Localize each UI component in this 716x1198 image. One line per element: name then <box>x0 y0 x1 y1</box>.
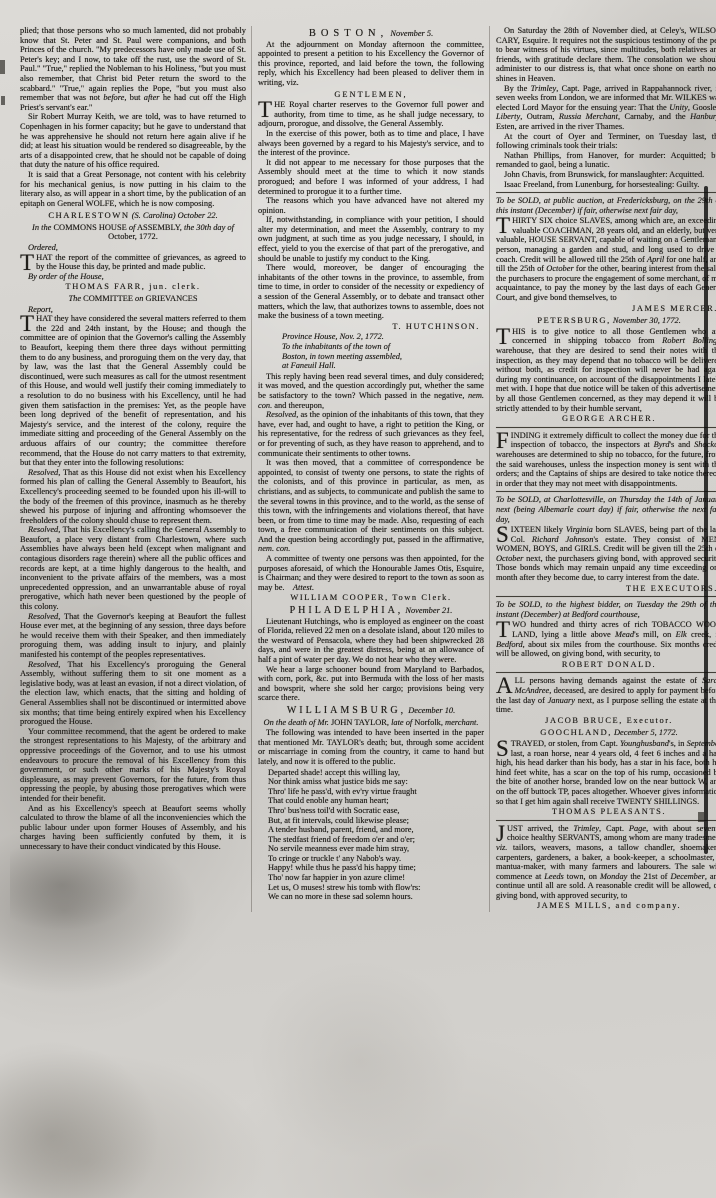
advert-paragraph: STRAYED, or stolen, from Capt. Younghusb… <box>496 739 716 806</box>
resolution-paragraph: Resolved, That his Excellency's prorogui… <box>20 660 246 727</box>
advert-paragraph: SIXTEEN likely Virginia born SLAVES, bei… <box>496 525 716 583</box>
elegy-heading: On the death of Mr. JOHN TAYLOR, late of… <box>258 718 484 728</box>
poem-line: To the inhabitants of the town of <box>282 342 484 352</box>
poem-line: That could enoble any human heart; <box>268 796 484 806</box>
signature: JAMES MERCER. <box>496 304 716 314</box>
drop-cap: T <box>20 253 36 272</box>
poem-line: A tender husband, parent, friend, and mo… <box>268 825 484 835</box>
drop-cap: T <box>20 314 36 333</box>
signature: THE EXECUTORS. <box>496 584 716 594</box>
order-word: Ordered, <box>20 243 246 253</box>
dateline-date: November 21. <box>405 606 452 615</box>
dateline-date: November 5. <box>390 29 433 38</box>
report-word: Report, <box>20 305 246 315</box>
news-paragraph: Lieutenant Hutchings, who is employed as… <box>258 617 484 665</box>
committee-paragraph: Your committee recommend, that the agent… <box>20 727 246 804</box>
paper-stain <box>250 960 470 1160</box>
column-3: On Saturday the 28th of November died, a… <box>489 26 716 912</box>
signature: WILLIAM COOPER, Town Clerk. <box>258 593 484 603</box>
poem-line: Tho' now far happier in yon azure clime! <box>268 873 484 883</box>
advert-paragraph: JUST arrived, the Trimley, Capt. Page, w… <box>496 824 716 901</box>
newspaper-page: plied; that those persons who so much la… <box>0 0 716 1198</box>
committee-paragraph: And as his Excellency's speech at Beaufo… <box>20 804 246 852</box>
resolution-paragraph: Resolved, That as this House did not exi… <box>20 468 246 526</box>
poem-line: No servile meanness ever made him stray, <box>268 844 484 854</box>
drop-cap: A <box>496 676 515 695</box>
reply-paragraph: THE Royal charter reserves to the Govern… <box>258 100 484 129</box>
salutation: GENTLEMEN, <box>258 90 484 100</box>
reply-paragraph: There would, moreover, be danger of enco… <box>258 263 484 321</box>
dateline-place: CHARLESTOWN <box>48 210 129 220</box>
section-rule <box>496 427 716 428</box>
dateline-date: (S. Carolina) October 22. <box>132 211 218 220</box>
poem-line: Boston, in town meeting assembled, <box>282 352 484 362</box>
address-block: Province House, Nov. 2, 1772.To the inha… <box>258 332 484 370</box>
resolution-paragraph: Resolved, That his Excellency's calling … <box>20 525 246 611</box>
dateline-place: WILLIAMSBURG, <box>287 705 406 716</box>
trial-paragraph: John Chavis, from Brunswick, for manslau… <box>496 170 716 180</box>
signature: ROBERT DONALD. <box>496 660 716 670</box>
page-edge-shadow <box>704 186 708 854</box>
poem-line: But, at fit intervals, could likewise pl… <box>268 816 484 826</box>
dateline-heading: PHILADELPHIA, November 21. <box>258 606 484 616</box>
signature: JAMES MILLS, and company. <box>496 901 716 911</box>
signature: GEORGE ARCHER. <box>496 414 716 424</box>
scan-mark <box>0 60 5 74</box>
dateline-heading: BOSTON, November 5. <box>258 29 484 39</box>
advert-paragraph: ALL persons having demands against the e… <box>496 676 716 714</box>
reply-paragraph: In the exercise of this power, both as t… <box>258 129 484 158</box>
poem-line: Thro' life he pass'd, with ev'ry virtue … <box>268 787 484 797</box>
column-2: BOSTON, November 5.At the adjournment on… <box>251 26 484 912</box>
news-paragraph: Sir Robert Murray Keith, we are told, wa… <box>20 112 246 170</box>
elegy-poem: Departed shade! accept this willing lay,… <box>258 768 484 902</box>
advert-heading: To be SOLD, at Charlottesville, on Thurs… <box>496 495 716 524</box>
section-rule <box>496 192 716 193</box>
section-rule <box>496 596 716 597</box>
news-paragraph: A committee of twenty one persons was th… <box>258 554 484 592</box>
order-paragraph: THAT the report of the committee of grie… <box>20 253 246 272</box>
section-rule <box>496 672 716 673</box>
column-container: plied; that those persons who so much la… <box>20 26 716 912</box>
reply-paragraph: It did not appear to me necessary for th… <box>258 158 484 196</box>
news-paragraph: At the adjournment on Monday afternoon t… <box>258 40 484 88</box>
committee-heading: The COMMITTEE on GRIEVANCES <box>20 294 246 304</box>
scan-mark <box>698 812 704 822</box>
poem-line: Happy! while thus he pass'd his happy ti… <box>268 863 484 873</box>
signature: T. HUTCHINSON. <box>258 322 484 332</box>
poem-line: Thro' bus'ness toil'd with Socratic ease… <box>268 806 484 816</box>
drop-cap: F <box>496 431 511 450</box>
scan-mark <box>1 96 5 105</box>
advert-heading: To be SOLD, at public auction, at Freder… <box>496 196 716 215</box>
by-order-line: By order of the House, <box>20 272 246 282</box>
drop-cap: T <box>496 327 512 346</box>
drop-cap: T <box>496 216 512 235</box>
column-1: plied; that those persons who so much la… <box>20 26 246 912</box>
dateline-place: BOSTON, <box>309 28 388 39</box>
news-paragraph: This reply having been read several time… <box>258 372 484 410</box>
news-paragraph: plied; that those persons who so much la… <box>20 26 246 112</box>
resolution-paragraph: Resolved, as the opinion of the inhabita… <box>258 410 484 458</box>
signature: THOMAS PLEASANTS. <box>496 807 716 817</box>
poem-line: Departed shade! accept this willing lay, <box>268 768 484 778</box>
drop-cap: S <box>496 525 511 544</box>
report-paragraph: THAT they have considered the several ma… <box>20 314 246 468</box>
section-rule <box>496 820 716 821</box>
dateline-date: December 5, 1772. <box>614 728 678 737</box>
poem-line: To cringe or truckle t' any Nabob's way. <box>268 854 484 864</box>
trial-paragraph: Nathan Phillips, from Hanover, for murde… <box>496 151 716 170</box>
dateline-heading: GOOCHLAND, December 5, 1772. <box>496 728 716 738</box>
advert-paragraph: FINDING it extremely difficult to collec… <box>496 431 716 489</box>
news-paragraph: We hear a large schooner bound from Mary… <box>258 665 484 703</box>
dateline-date: December 10. <box>408 706 455 715</box>
dateline-place: PHILADELPHIA, <box>290 605 404 616</box>
poem-line: Province House, Nov. 2, 1772. <box>282 332 484 342</box>
dateline-date: November 30, 1772. <box>613 316 681 325</box>
drop-cap: J <box>496 824 507 843</box>
signature: JACOB BRUCE, Executor. <box>496 716 716 726</box>
poem-line: at Faneuil Hall. <box>282 361 484 371</box>
advert-paragraph: TWO hundred and thirty acres of rich TOB… <box>496 620 716 658</box>
resolution-paragraph: Resolved, That the Governor's keeping at… <box>20 612 246 660</box>
dateline-place: GOOCHLAND, <box>540 727 612 737</box>
news-paragraph: It was then moved, that a committee of c… <box>258 458 484 554</box>
poem-line: Nor think amiss what justice bids me say… <box>268 777 484 787</box>
dateline-heading: WILLIAMSBURG, December 10. <box>258 706 484 716</box>
advert-heading: To be SOLD, to the highest bidder, on Tu… <box>496 600 716 619</box>
dateline-heading: CHARLESTOWN (S. Carolina) October 22. <box>20 211 246 221</box>
reply-paragraph: If, notwithstanding, in compliance with … <box>258 215 484 263</box>
trial-paragraph: Isaac Freeland, from Lunenburg, for hors… <box>496 180 716 190</box>
drop-cap: S <box>496 739 511 758</box>
court-paragraph: At the court of Oyer and Terminer, on Tu… <box>496 132 716 151</box>
poem-line: The stedfast friend of freedom o'er and … <box>268 835 484 845</box>
drop-cap: T <box>496 620 512 639</box>
drop-cap: T <box>258 100 274 119</box>
section-rule <box>496 491 716 492</box>
paper-stain <box>0 1040 160 1198</box>
obituary-paragraph: On Saturday the 28th of November died, a… <box>496 26 716 84</box>
signature: THOMAS FARR, jun. clerk. <box>20 282 246 292</box>
dateline-place: PETERSBURG, <box>537 315 611 325</box>
advert-paragraph: THIRTY SIX choice SLAVES, among which ar… <box>496 216 716 302</box>
poem-line: Let us, O muses! strew his tomb with flo… <box>268 883 484 893</box>
shipping-paragraph: By the Trimley, Capt. Page, arrived in R… <box>496 84 716 132</box>
reply-paragraph: The reasons which you have advanced have… <box>258 196 484 215</box>
poem-line: We can no more in these sad solemn hours… <box>268 892 484 902</box>
advert-paragraph: THIS is to give notice to all those Gent… <box>496 327 716 413</box>
elegy-intro: The following was intended to have been … <box>258 728 484 766</box>
dateline-heading: PETERSBURG, November 30, 1772. <box>496 316 716 326</box>
news-paragraph: It is said that a Great Personage, not c… <box>20 170 246 208</box>
assembly-heading: In the COMMONS HOUSE of ASSEMBLY, the 30… <box>20 223 246 242</box>
